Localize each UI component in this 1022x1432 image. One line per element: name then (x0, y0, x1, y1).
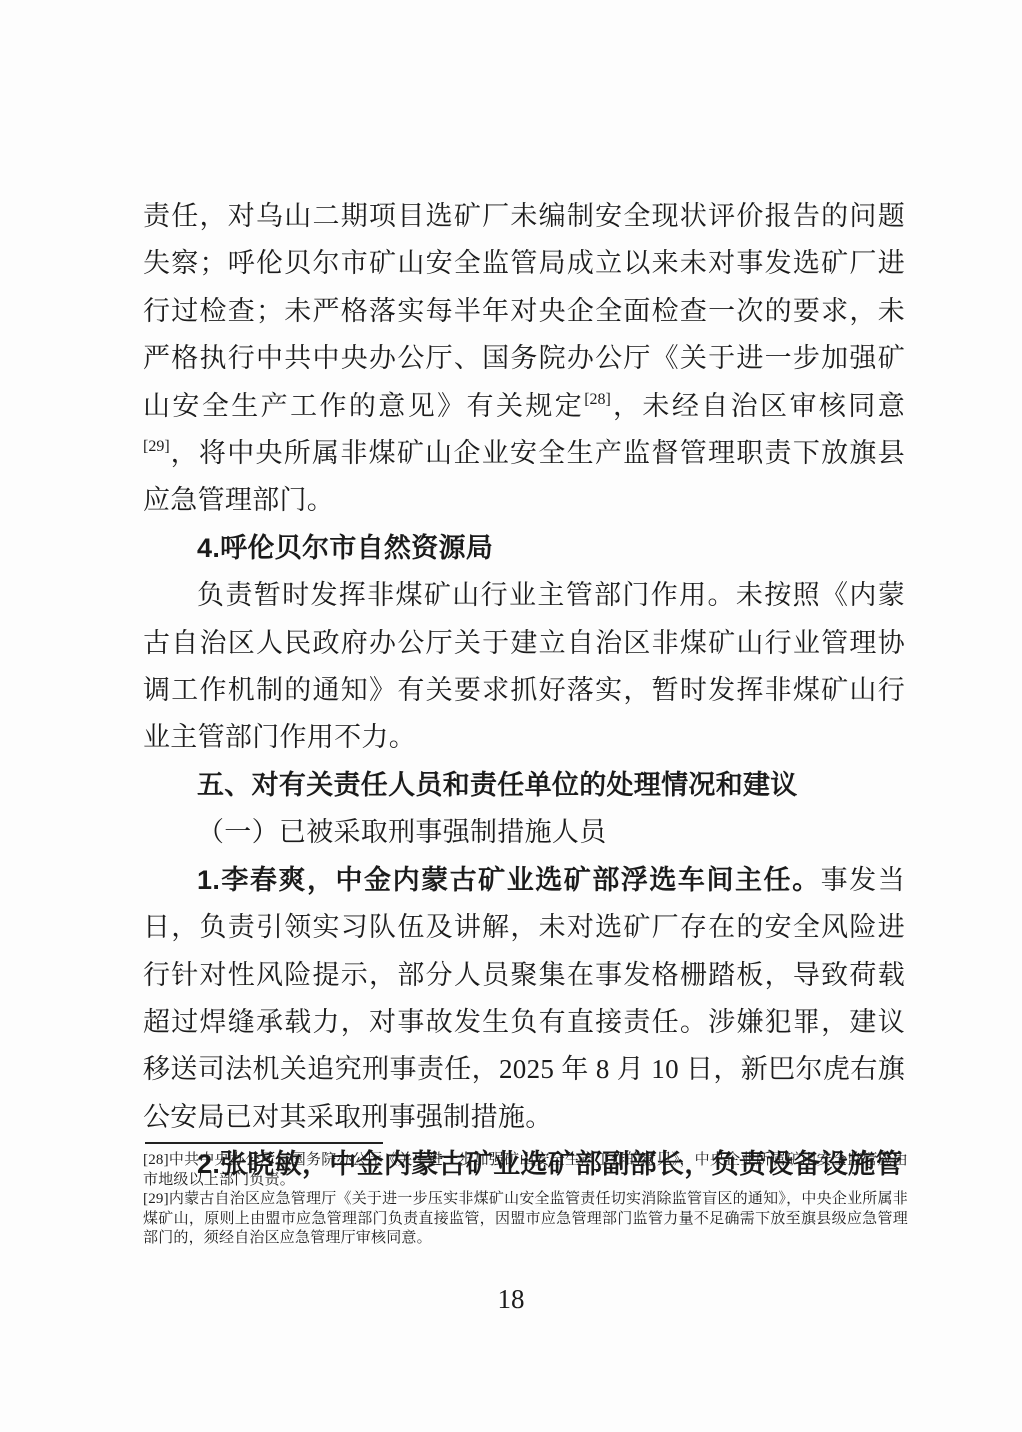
subheading-criminal-measures: （一）已被采取刑事强制措施人员 (143, 809, 905, 856)
paragraph-carryover: 责任，对乌山二期项目选矿厂未编制安全现状评价报告的问题失察；呼伦贝尔市矿山安全监… (143, 193, 905, 525)
footnote-29: [29]内蒙古自治区应急管理厅《关于进一步压实非煤矿山安全监管责任切实消除监管盲… (143, 1190, 908, 1249)
heading-natural-resources-bureau: 4.呼伦贝尔市自然资源局 (143, 525, 905, 572)
heading-section-five: 五、对有关责任人员和责任单位的处理情况和建议 (143, 762, 905, 809)
document-page: 责任，对乌山二期项目选矿厂未编制安全现状评价报告的问题失察；呼伦贝尔市矿山安全监… (0, 0, 1022, 1432)
page-body: 责任，对乌山二期项目选矿厂未编制安全现状评价报告的问题失察；呼伦贝尔市矿山安全监… (143, 193, 905, 1189)
paragraph-text: ，将中央所属非煤矿山企业安全生产监督管理职责下放旗县应急管理部门。 (143, 438, 905, 515)
paragraph-text: 事发当日，负责引领实习队伍及讲解，未对选矿厂存在的安全风险进行针对性风险提示，部… (143, 865, 905, 1132)
paragraph-li-chunshuang: 1.李春爽，中金内蒙古矿业选矿部浮选车间主任。事发当日，负责引领实习队伍及讲解，… (143, 857, 905, 1141)
page-number: 18 (0, 1284, 1022, 1315)
person-name-title-bold: 1.李春爽，中金内蒙古矿业选矿部浮选车间主任。 (197, 865, 821, 895)
footnote-ref-28: [28] (584, 391, 611, 408)
paragraph-text: 责任，对乌山二期项目选矿厂未编制安全现状评价报告的问题失察；呼伦贝尔市矿山安全监… (143, 201, 905, 421)
footnote-separator-line (145, 1142, 383, 1144)
paragraph-text: ，未经自治区审核同意 (611, 391, 905, 421)
footnote-section: [28]中共中央办公厅、国务院办公厅《关于进一步加强矿山安全生产工作的意见》，中… (143, 1142, 908, 1249)
paragraph-natural-resources: 负责暂时发挥非煤矿山行业主管部门作用。未按照《内蒙古自治区人民政府办公厅关于建立… (143, 572, 905, 762)
footnote-ref-29: [29] (143, 438, 170, 455)
footnote-28: [28]中共中央办公厅、国务院办公厅《关于进一步加强矿山安全生产工作的意见》，中… (143, 1151, 908, 1190)
